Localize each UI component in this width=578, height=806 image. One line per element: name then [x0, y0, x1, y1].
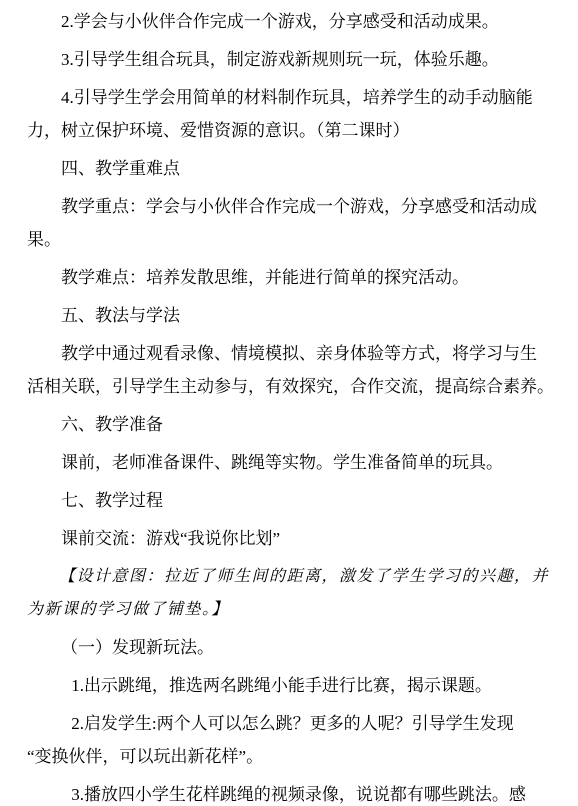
paragraph-teaching-methods: 教学中通过观看录像、情境模拟、亲身体验等方式，将学习与生活相关联，引导学生主动参…: [27, 337, 562, 403]
paragraph-step-3: 3.播放四小学生花样跳绳的视频录像，说说都有哪些跳法。感: [27, 778, 562, 806]
paragraph-objective-4: 4.引导学生学会用简单的材料制作玩具，培养学生的动手动脑能力，树立保护环境、爱惜…: [27, 81, 562, 147]
text-line: 力，树立保护环境、爱惜资源的意识。（第二课时）: [27, 114, 562, 147]
text-line: 课前交流：游戏“我说你比划”: [27, 522, 562, 555]
paragraph-heading-section-4: 四、教学重难点: [27, 152, 562, 185]
paragraph-preparation: 课前，老师准备课件、跳绳等实物。学生准备简单的玩具。: [27, 446, 562, 479]
paragraph-objective-3: 3.引导学生组合玩具，制定游戏新规则玩一玩，体验乐趣。: [27, 43, 562, 76]
text-line: 教学重点：学会与小伙伴合作完成一个游戏，分享感受和活动成: [27, 190, 562, 223]
text-line: 【设计意图：拉近了师生间的距离，激发了学生学习的兴趣，并: [27, 560, 562, 593]
text-line: 教学难点：培养发散思维，并能进行简单的探究活动。: [27, 261, 562, 294]
paragraph-teaching-key-points: 教学重点：学会与小伙伴合作完成一个游戏，分享感受和活动成果。: [27, 190, 562, 256]
paragraph-objective-2: 2.学会与小伙伴合作完成一个游戏，分享感受和活动成果。: [27, 5, 562, 38]
paragraph-heading-section-7: 七、教学过程: [27, 484, 562, 517]
text-line: “变换伙伴，可以玩出新花样”。: [27, 740, 562, 773]
text-line: 3.引导学生组合玩具，制定游戏新规则玩一玩，体验乐趣。: [27, 43, 562, 76]
text-line: 果。: [27, 223, 562, 256]
paragraph-step-2: 2.启发学生:两个人可以怎么跳？更多的人呢？引导学生发现“变换伙伴，可以玩出新花…: [27, 707, 562, 773]
text-line: 四、教学重难点: [27, 152, 562, 185]
paragraph-subsection-1-title: （一）发现新玩法。: [27, 631, 562, 664]
text-line: 2.启发学生:两个人可以怎么跳？更多的人呢？引导学生发现: [27, 707, 562, 740]
text-line: 1.出示跳绳，推选两名跳绳小能手进行比赛，揭示课题。: [27, 669, 562, 702]
text-line: 活相关联，引导学生主动参与，有效探究，合作交流，提高综合素养。: [27, 370, 562, 403]
text-line: 课前，老师准备课件、跳绳等实物。学生准备简单的玩具。: [27, 446, 562, 479]
text-line: 七、教学过程: [27, 484, 562, 517]
document-content: 2.学会与小伙伴合作完成一个游戏，分享感受和活动成果。3.引导学生组合玩具，制定…: [27, 5, 562, 806]
text-line: （一）发现新玩法。: [27, 631, 562, 664]
paragraph-heading-section-6: 六、教学准备: [27, 408, 562, 441]
text-line: 4.引导学生学会用简单的材料制作玩具，培养学生的动手动脑能: [27, 81, 562, 114]
document-page: 2.学会与小伙伴合作完成一个游戏，分享感受和活动成果。3.引导学生组合玩具，制定…: [0, 0, 578, 806]
paragraph-step-1: 1.出示跳绳，推选两名跳绳小能手进行比赛，揭示课题。: [27, 669, 562, 702]
text-line: 五、教法与学法: [27, 299, 562, 332]
paragraph-teaching-difficult-points: 教学难点：培养发散思维，并能进行简单的探究活动。: [27, 261, 562, 294]
text-line: 六、教学准备: [27, 408, 562, 441]
paragraph-pre-class-exchange: 课前交流：游戏“我说你比划”: [27, 522, 562, 555]
paragraph-design-intent: 【设计意图：拉近了师生间的距离，激发了学生学习的兴趣，并为新课的学习做了铺垫。】: [27, 560, 562, 626]
text-line: 3.播放四小学生花样跳绳的视频录像，说说都有哪些跳法。感: [27, 778, 562, 806]
text-line: 教学中通过观看录像、情境模拟、亲身体验等方式，将学习与生: [27, 337, 562, 370]
text-line: 2.学会与小伙伴合作完成一个游戏，分享感受和活动成果。: [27, 5, 562, 38]
text-line: 为新课的学习做了铺垫。】: [27, 593, 562, 626]
paragraph-heading-section-5: 五、教法与学法: [27, 299, 562, 332]
